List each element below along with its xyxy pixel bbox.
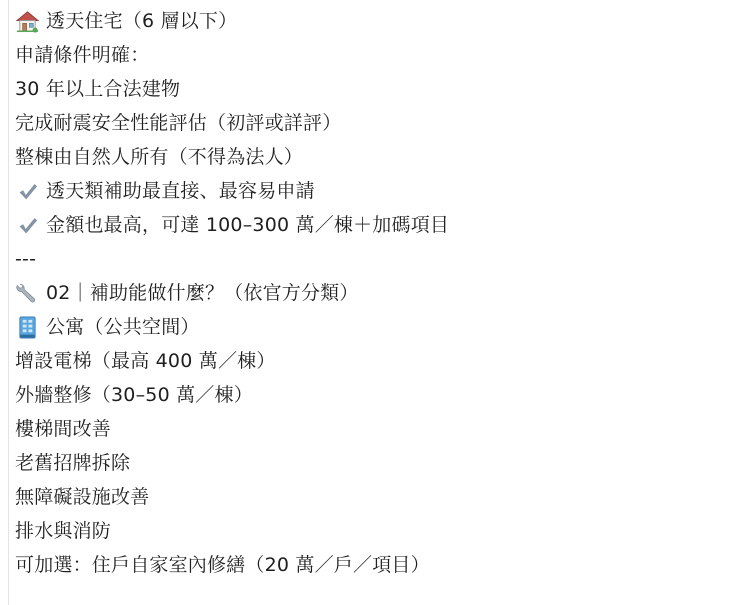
text-line: --- xyxy=(15,242,730,276)
line-text: 申請條件明確： xyxy=(15,38,149,72)
text-line: 公寓（公共空間） xyxy=(15,310,730,344)
text-line: 透天住宅（6 層以下） xyxy=(15,4,730,38)
document-page: 透天住宅（6 層以下）申請條件明確：30 年以上合法建物完成耐震安全性能評估（初… xyxy=(0,0,734,605)
line-text: 樓梯間改善 xyxy=(15,412,111,446)
text-line: 排水與消防 xyxy=(15,514,730,548)
wrench-icon xyxy=(15,281,39,305)
line-text: 外牆整修（30–50 萬／棟） xyxy=(15,378,253,412)
line-text: --- xyxy=(15,242,36,276)
text-line: 無障礙設施改善 xyxy=(15,480,730,514)
text-line: 增設電梯（最高 400 萬／棟） xyxy=(15,344,730,378)
line-text: 02｜補助能做什麼？（依官方分類） xyxy=(46,276,359,310)
text-line: 透天類補助最直接、最容易申請 xyxy=(15,174,730,208)
line-text: 無障礙設施改善 xyxy=(15,480,149,514)
text-line: 完成耐震安全性能評估（初評或詳評） xyxy=(15,106,730,140)
house-icon xyxy=(15,9,39,33)
line-text: 透天住宅（6 層以下） xyxy=(46,4,237,38)
line-text: 可加選：住戶自家室內修繕（20 萬／戶／項目） xyxy=(15,548,430,582)
building-icon xyxy=(15,315,39,339)
line-text: 排水與消防 xyxy=(15,514,111,548)
left-rule-divider xyxy=(8,0,9,605)
text-line: 整棟由自然人所有（不得為法人） xyxy=(15,140,730,174)
line-text: 整棟由自然人所有（不得為法人） xyxy=(15,140,303,174)
text-line: 老舊招牌拆除 xyxy=(15,446,730,480)
text-line: 外牆整修（30–50 萬／棟） xyxy=(15,378,730,412)
text-line: 申請條件明確： xyxy=(15,38,730,72)
line-text: 公寓（公共空間） xyxy=(46,310,200,344)
line-text: 30 年以上合法建物 xyxy=(15,72,180,106)
line-text: 完成耐震安全性能評估（初評或詳評） xyxy=(15,106,341,140)
text-line: 金額也最高，可達 100–300 萬／棟＋加碼項目 xyxy=(15,208,730,242)
line-text: 透天類補助最直接、最容易申請 xyxy=(46,174,315,208)
document-body: 透天住宅（6 層以下）申請條件明確：30 年以上合法建物完成耐震安全性能評估（初… xyxy=(15,4,730,582)
check-icon xyxy=(15,179,39,203)
line-text: 金額也最高，可達 100–300 萬／棟＋加碼項目 xyxy=(46,208,449,242)
line-text: 增設電梯（最高 400 萬／棟） xyxy=(15,344,276,378)
text-line: 可加選：住戶自家室內修繕（20 萬／戶／項目） xyxy=(15,548,730,582)
line-text: 老舊招牌拆除 xyxy=(15,446,130,480)
text-line: 02｜補助能做什麼？（依官方分類） xyxy=(15,276,730,310)
text-line: 樓梯間改善 xyxy=(15,412,730,446)
text-line: 30 年以上合法建物 xyxy=(15,72,730,106)
check-icon xyxy=(15,213,39,237)
